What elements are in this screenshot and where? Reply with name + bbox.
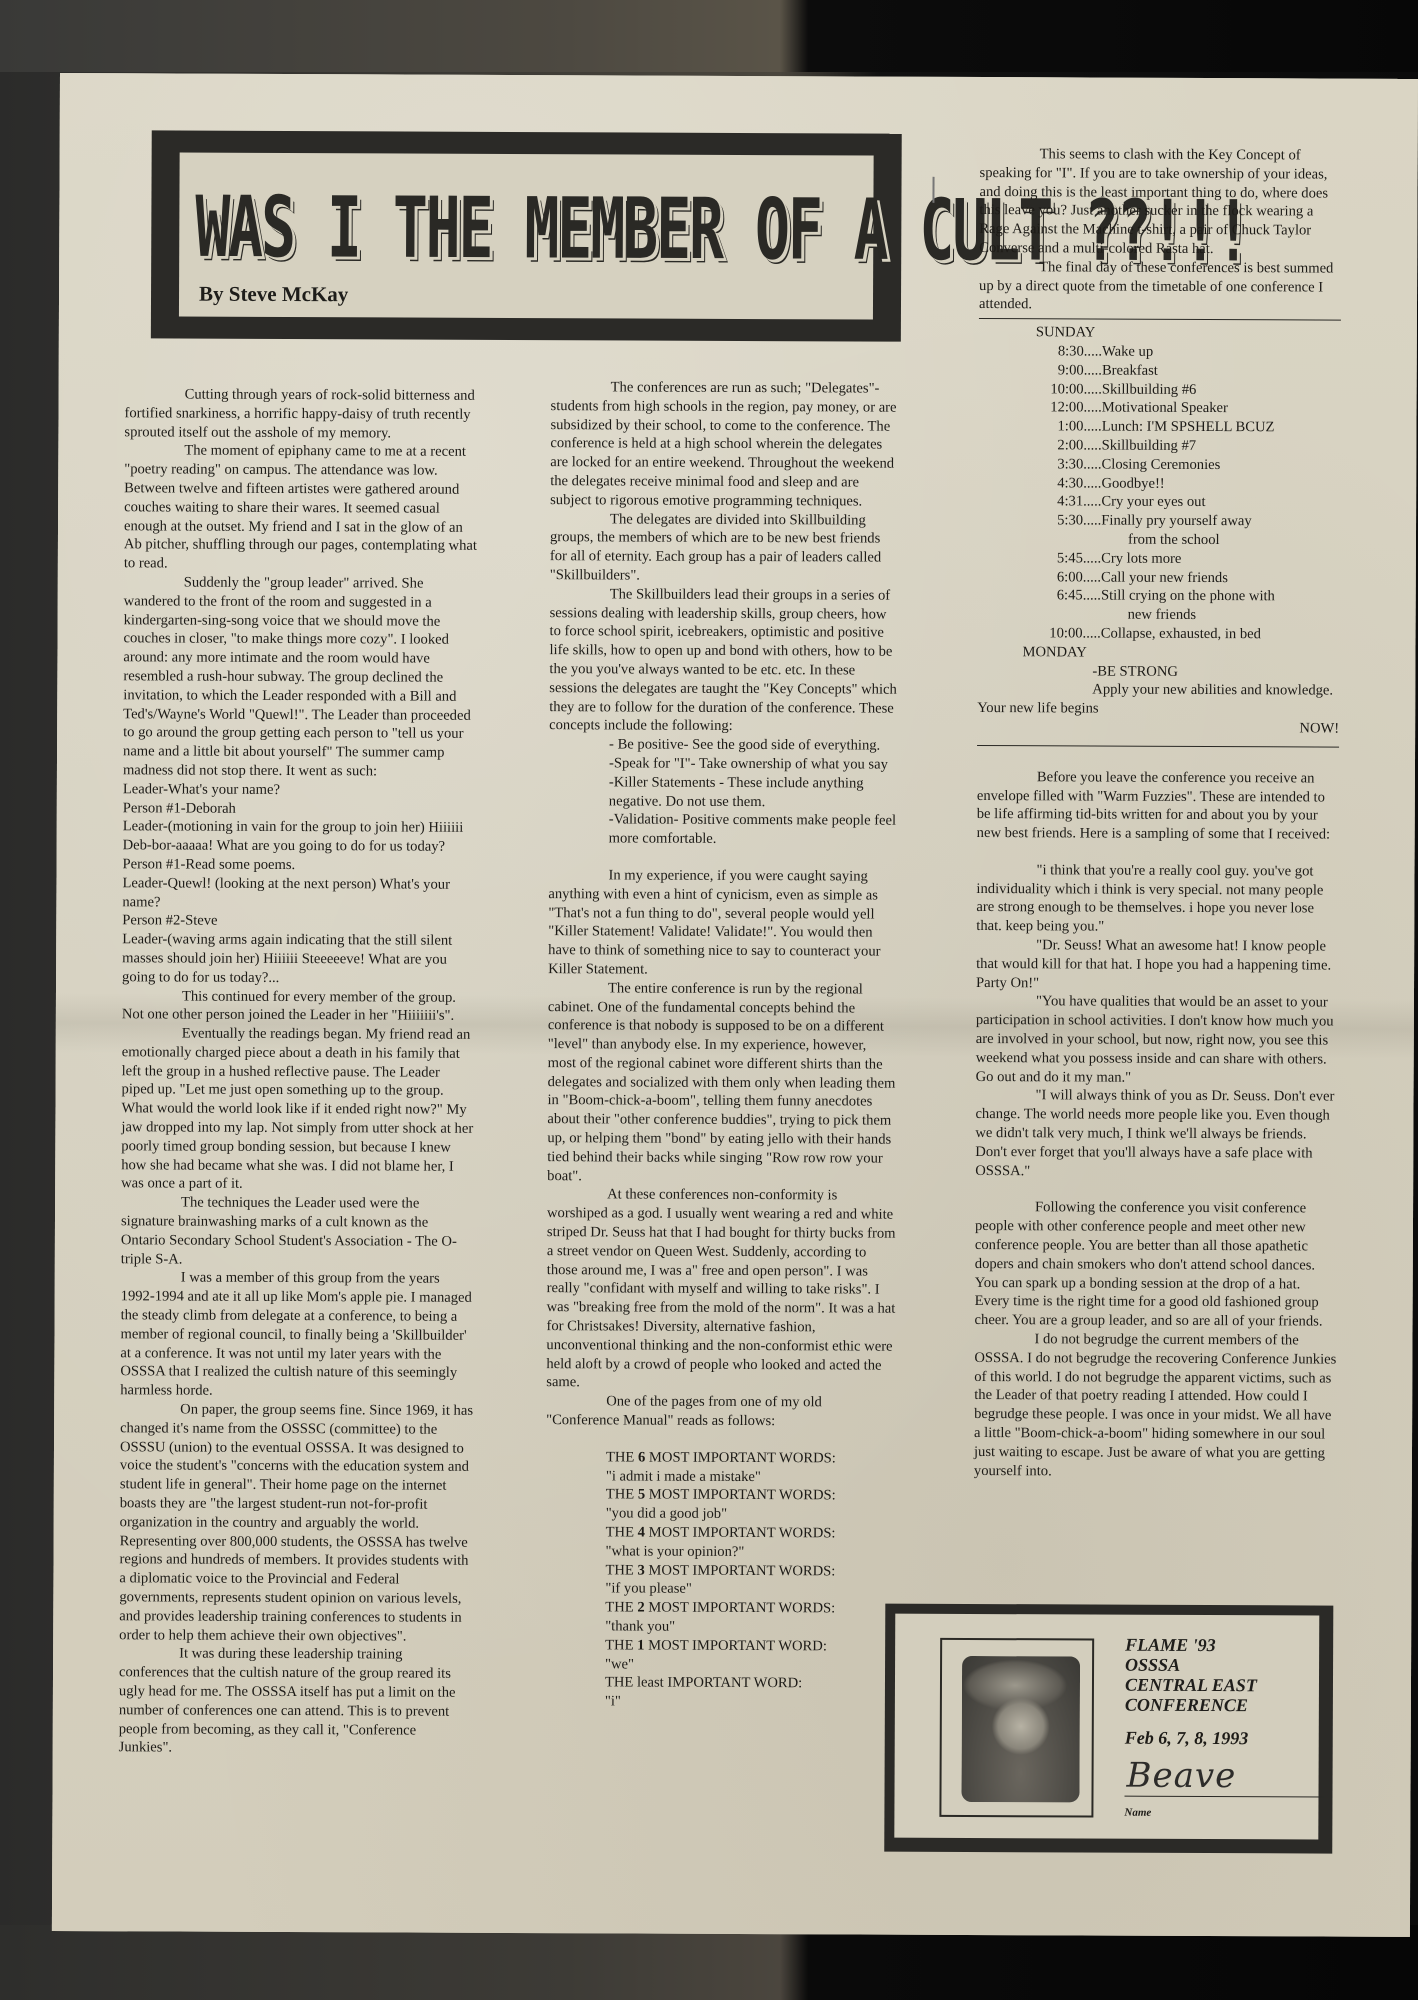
timetable-time: 9:00 [979, 361, 1084, 380]
title-inner: WAS I THE MEMBER OF A CULT ??!!! By Stev… [179, 153, 874, 320]
dialogue-line: Person #2-Steve [122, 912, 476, 932]
important-words-quote: "i admit i made a mistake" [606, 1467, 896, 1487]
timetable-activity: Wake up [1102, 343, 1153, 362]
paragraph: The techniques the Leader used were the … [121, 1194, 475, 1271]
timetable-leader-dots: ..... [1083, 587, 1101, 606]
timetable-row: 6:00.....Call your new friends [978, 568, 1340, 588]
timetable-closing: Apply your new abilities and knowledge. … [977, 680, 1339, 738]
signature-line [1124, 1796, 1324, 1798]
badge-inner: FLAME '93 OSSSA CENTRAL EAST CONFERENCE … [894, 1614, 1319, 1840]
badge-signature: Beave [1127, 1758, 1327, 1795]
key-concept: -Killer Statements - These include anyth… [549, 773, 899, 812]
important-words-quote: "thank you" [605, 1617, 895, 1637]
timetable-activity: Goodbye!! [1101, 474, 1164, 493]
paragraph: On paper, the group seems fine. Since 19… [119, 1400, 474, 1646]
warm-fuzzy: "Dr. Seuss! What an awesome hat! I know … [976, 936, 1338, 994]
headline: WAS I THE MEMBER OF A CULT ??!!! [195, 178, 863, 280]
timetable-activity: Call your new friends [1101, 568, 1228, 587]
timetable-time: 5:30 [978, 511, 1083, 530]
dialogue-line: Leader-What's your name? [123, 780, 477, 800]
timetable-activity: Cry lots more [1101, 549, 1181, 568]
timetable-time: 3:30 [978, 455, 1083, 474]
timetable-row: 9:00.....Breakfast [979, 361, 1341, 381]
scan-background-top [0, 0, 1418, 72]
timetable-leader-dots: ..... [1083, 474, 1101, 493]
timetable-activity: Closing Ceremonies [1102, 455, 1221, 474]
timetable-leader-dots: ..... [1083, 493, 1101, 512]
timetable-row: 6:45.....Still crying on the phone with [978, 586, 1340, 606]
important-words-heading: THE 5 MOST IMPORTANT WORDS: [606, 1486, 896, 1506]
timetable-day: MONDAY [977, 643, 1339, 663]
timetable-time: 10:00 [979, 380, 1084, 399]
paragraph: Suddenly the "group leader" arrived. She… [123, 573, 478, 781]
newspaper-page: WAS I THE MEMBER OF A CULT ??!!! By Stev… [52, 73, 1418, 1937]
paragraph: Before you leave the conference you rece… [977, 768, 1339, 845]
paragraph: The delegates are divided into Skillbuil… [550, 510, 900, 587]
paragraph: I do not begrudge the current members of… [974, 1330, 1337, 1482]
dialogue-line: Person #1-Read some poems. [123, 855, 477, 875]
timetable-activity: Skillbuilding #6 [1102, 380, 1197, 399]
column-3: This seems to clash with the Key Concept… [974, 145, 1342, 1482]
margin-mark [932, 177, 934, 203]
byline: By Steve McKay [199, 282, 348, 308]
timetable-time: 6:45 [978, 586, 1083, 605]
timetable-activity-cont: new friends [978, 605, 1340, 625]
timetable-activity: Still crying on the phone with [1101, 587, 1275, 607]
timetable-row: 10:00.....Collapse, exhausted, in bed [978, 624, 1340, 644]
paragraph: It was during these leadership training … [119, 1645, 473, 1759]
timetable-time: 5:45 [978, 549, 1083, 568]
key-concept: - Be positive- See the good side of ever… [549, 735, 899, 755]
divider [977, 745, 1339, 748]
important-words-heading: THE least IMPORTANT WORD: [605, 1674, 895, 1694]
timetable: SUNDAY 8:30.....Wake up9:00.....Breakfas… [977, 323, 1341, 738]
paragraph: The Skillbuilders lead their groups in a… [549, 585, 900, 737]
important-words-quote: "if you please" [605, 1580, 895, 1600]
important-words-heading: THE 1 MOST IMPORTANT WORD: [605, 1636, 895, 1656]
timetable-leader-dots: ..... [1083, 455, 1101, 474]
timetable-time: 4:31 [978, 492, 1083, 511]
badge-date: Feb 6, 7, 8, 1993 [1125, 1728, 1249, 1750]
timetable-time: 8:30 [979, 342, 1084, 361]
key-concept: -Validation- Positive comments make peop… [549, 810, 899, 849]
timetable-time: 4:30 [978, 474, 1083, 493]
timetable-row: 10:00.....Skillbuilding #6 [979, 380, 1341, 400]
timetable-leader-dots: ..... [1084, 380, 1102, 399]
warm-fuzzy: "I will always think of you as Dr. Seuss… [975, 1086, 1337, 1182]
paragraph: Following the conference you visit confe… [975, 1198, 1338, 1331]
timetable-time: 1:00 [978, 417, 1083, 436]
column-2: The conferences are run as such; "Delega… [545, 378, 901, 1712]
paragraph: The moment of epiphany came to me at a r… [124, 442, 479, 575]
photo-frame [939, 1638, 1094, 1818]
timetable-row: 1:00.....Lunch: I'M SPSHELL BCUZ [978, 417, 1340, 437]
paragraph: This continued for every member of the g… [122, 987, 476, 1026]
paragraph: Eventually the readings began. My friend… [121, 1024, 476, 1195]
timetable-row: 2:00.....Skillbuilding #7 [978, 436, 1340, 456]
dialogue-line: Leader-(waving arms again indicating tha… [122, 930, 476, 988]
warm-fuzzy: "You have qualities that would be an ass… [976, 992, 1338, 1088]
timetable-time: 2:00 [978, 436, 1083, 455]
timetable-activity: Lunch: I'M SPSHELL BCUZ [1102, 418, 1275, 438]
dialogue-line: Leader-Quewl! (looking at the next perso… [122, 874, 476, 913]
important-words-list: THE 6 MOST IMPORTANT WORDS: "i admit i m… [545, 1448, 896, 1713]
badge-photo [961, 1656, 1080, 1803]
important-words-quote: "you did a good job" [606, 1505, 896, 1525]
timetable-row: 5:30.....Finally pry yourself away [978, 511, 1340, 531]
paragraph: This seems to clash with the Key Concept… [979, 145, 1341, 259]
timetable-leader-dots: ..... [1083, 568, 1101, 587]
timetable-activity: Skillbuilding #7 [1102, 437, 1197, 456]
timetable-leader-dots: ..... [1083, 549, 1101, 568]
divider [979, 318, 1341, 321]
timetable-leader-dots: ..... [1083, 624, 1101, 643]
title-box: WAS I THE MEMBER OF A CULT ??!!! By Stev… [151, 130, 902, 341]
timetable-day: SUNDAY [979, 323, 1341, 343]
important-words-heading: THE 6 MOST IMPORTANT WORDS: [606, 1448, 896, 1468]
important-words-quote: "what is your opinion?" [606, 1542, 896, 1562]
timetable-leader-dots: ..... [1083, 436, 1101, 455]
timetable-row: 3:30.....Closing Ceremonies [978, 455, 1340, 475]
timetable-leader-dots: ..... [1083, 418, 1101, 437]
timetable-leader-dots: ..... [1084, 361, 1102, 380]
timetable-time: 6:00 [978, 568, 1083, 587]
important-words-quote: "we" [605, 1655, 895, 1675]
timetable-row: 12:00.....Motivational Speaker [979, 398, 1341, 418]
name-label: Name [1124, 1807, 1151, 1819]
important-words-heading: THE 2 MOST IMPORTANT WORDS: [605, 1599, 895, 1619]
paragraph: One of the pages from one of my old "Con… [546, 1392, 896, 1431]
warm-fuzzy: "i think that you're a really cool guy. … [976, 861, 1338, 938]
timetable-activity: Collapse, exhausted, in bed [1101, 624, 1261, 643]
paragraph: The final day of these conferences is be… [979, 258, 1341, 316]
timetable-row: 4:31.....Cry your eyes out [978, 492, 1340, 512]
timetable-time: 12:00 [979, 398, 1084, 417]
dialogue-line: Person #1-Deborah [123, 799, 477, 819]
timetable-leader-dots: ..... [1084, 399, 1102, 418]
important-words-heading: THE 4 MOST IMPORTANT WORDS: [606, 1523, 896, 1543]
timetable-leader-dots: ..... [1083, 512, 1101, 531]
column-1: Cutting through years of rock-solid bitt… [119, 385, 479, 1759]
timetable-row: 8:30.....Wake up [979, 342, 1341, 362]
important-words-heading: THE 3 MOST IMPORTANT WORDS: [605, 1561, 895, 1581]
timetable-row: 5:45.....Cry lots more [978, 549, 1340, 569]
dialogue-line: Leader-(motioning in vain for the group … [123, 818, 477, 857]
conference-badge: FLAME '93 OSSSA CENTRAL EAST CONFERENCE … [884, 1604, 1333, 1854]
paragraph: In my experience, if you were caught say… [548, 866, 898, 980]
timetable-time: 10:00 [978, 624, 1083, 643]
paragraph: I was a member of this group from the ye… [120, 1269, 475, 1402]
timetable-activity: Breakfast [1102, 361, 1158, 380]
timetable-activity: Motivational Speaker [1102, 399, 1228, 418]
scan-background-bottom [0, 1925, 1418, 2000]
timetable-leader-dots: ..... [1084, 342, 1102, 361]
paragraph: The entire conference is run by the regi… [547, 979, 898, 1187]
important-words-quote: "i" [605, 1693, 895, 1713]
paragraph: At these conferences non-conformity is w… [546, 1186, 897, 1394]
timetable-row: 4:30.....Goodbye!! [978, 474, 1340, 494]
timetable-activity: Finally pry yourself away [1101, 512, 1251, 531]
badge-title: FLAME '93 OSSSA CENTRAL EAST CONFERENCE [1125, 1635, 1257, 1716]
timetable-motto: -BE STRONG [977, 662, 1339, 682]
paragraph: The conferences are run as such; "Delega… [550, 378, 901, 511]
key-concept: -Speak for "I"- Take ownership of what y… [549, 754, 899, 774]
timetable-activity: Cry your eyes out [1101, 493, 1205, 512]
timetable-activity-cont: from the school [978, 530, 1340, 550]
paragraph: Cutting through years of rock-solid bitt… [124, 385, 478, 443]
